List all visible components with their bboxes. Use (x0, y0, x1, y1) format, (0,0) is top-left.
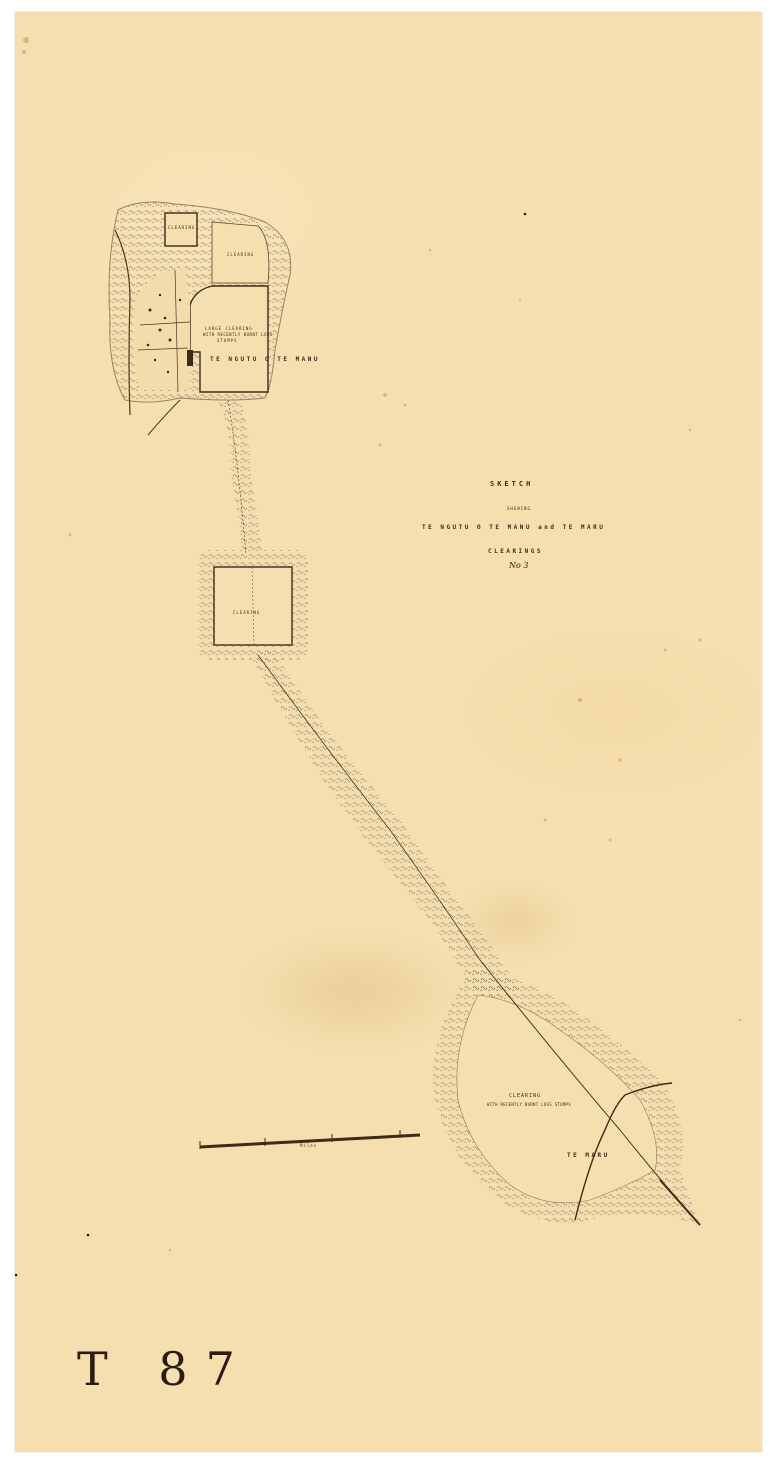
scale-bar-label: Miles (300, 1143, 317, 1148)
label-clearing-small: CLEARING (168, 225, 195, 230)
label-te-ngutu-o-te-manu: TE NGUTU O TE MANU (210, 356, 320, 363)
title-note: No 3 (509, 561, 528, 570)
label-large-clearing-note-2: STUMPS (217, 338, 237, 343)
label-te-maru: TE MARU (567, 1152, 610, 1159)
bush-track-2 (250, 650, 520, 1000)
label-clearing-middle: CLEARING (233, 610, 260, 615)
label-clearing-lower: CLEARING (509, 1093, 541, 1099)
title-line-2: SHEWING (507, 506, 531, 511)
title-line-1: SKETCH (490, 480, 533, 488)
map-sheet: SKETCH SHEWING TE NGUTU O TE MANU and TE… (15, 12, 762, 1452)
title-line-3: TE NGUTU O TE MANU and TE MARU (422, 524, 605, 531)
bush-track-1 (218, 400, 262, 550)
label-large-clearing: LARGE CLEARING (205, 326, 253, 331)
title-line-4: CLEARINGS (488, 548, 543, 555)
label-clearing-lower-note: WITH RECENTLY BURNT LOGS STUMPS (487, 1102, 571, 1107)
label-large-clearing-note: WITH RECENTLY BURNT LOGS (203, 332, 273, 337)
label-clearing-top-right: CLEARING (227, 252, 254, 257)
catalog-mark: T 87 (77, 1342, 253, 1396)
map-drawing (15, 12, 762, 1452)
